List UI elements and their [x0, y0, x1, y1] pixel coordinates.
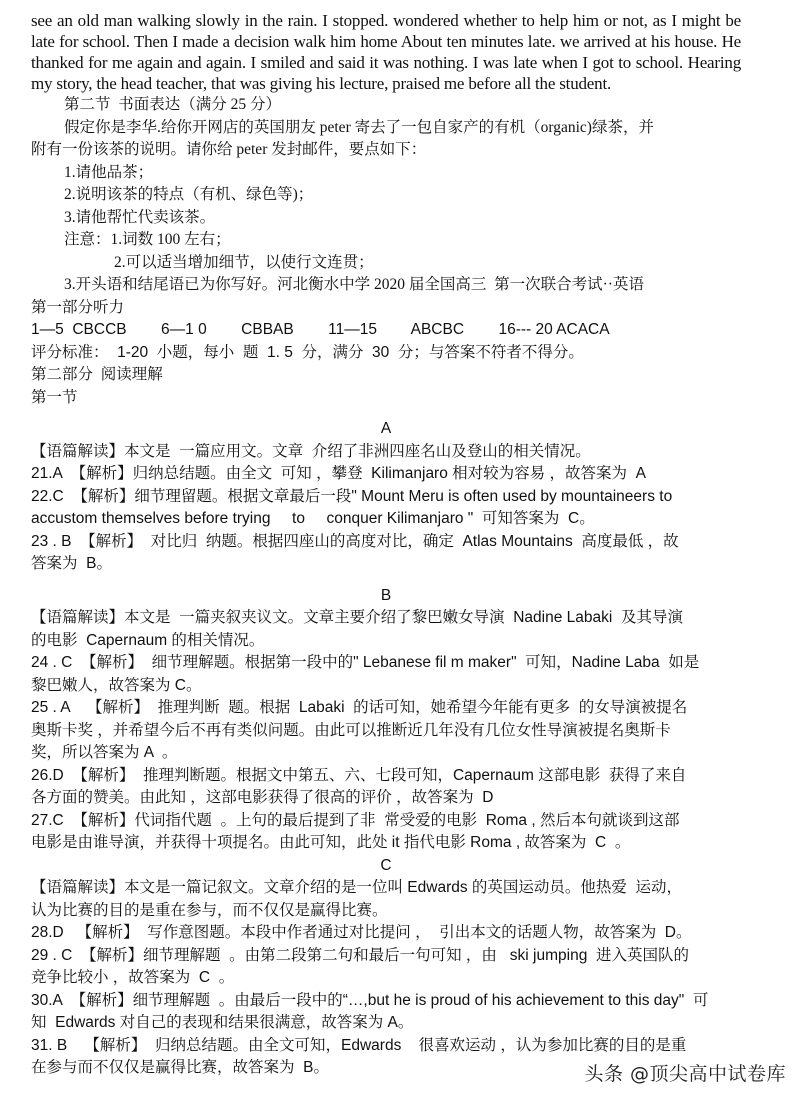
passage-letter: C [31, 855, 741, 878]
prompt-line: 假定你是李华.给你开网店的英国朋友 peter 寄去了一包自家产的有机（orga… [31, 117, 741, 140]
part-title: 第二部分 阅读理解 [31, 364, 741, 387]
passage-line: 23 . B 【解析】 对比归 纳题。根据四座山的高度对比，确定 Atlas M… [31, 531, 741, 554]
note-line: 注意：1.词数 100 左右； [31, 229, 741, 252]
passage-line: 知 Edwards 对自己的表现和结果很满意，故答案为 A。 [31, 1012, 741, 1035]
passage-line: 【语篇解读】本文是 一篇夹叙夹议文。文章主要介绍了黎巴嫩女导演 Nadine L… [31, 607, 741, 630]
task-point: 3.请他帮忙代卖该茶。 [31, 207, 741, 230]
passage-line: accustom themselves before trying to con… [31, 508, 741, 531]
passage-line: 答案为 B。 [31, 553, 741, 576]
passage-line: 竞争比较小 ，故答案为 C 。 [31, 967, 741, 990]
listening-answers: 1—5 CBCCB 6—1 0 CBBAB 11—15 ABCBC 16--- … [31, 319, 741, 342]
passage-line: 31. B 【解析】 归纳总结题。由全文可知，Edwards 很喜欢运动 ，认为… [31, 1035, 741, 1058]
passage-line: 27.C 【解析】代词指代题 。上句的最后提到了非 常受爱的电影 Roma , … [31, 810, 741, 833]
passage-a: A 【语篇解读】本文是 一篇应用文。文章 介绍了非洲四座名山及登山的相关情况。 … [31, 418, 741, 576]
passage-line: 21.A 【解析】归纳总结题。由全文 可知 ，攀登 Kilimanjaro 相对… [31, 463, 741, 486]
note-line: 2.可以适当增加细节，以使行文连贯； [31, 252, 741, 275]
passage-line: 【语篇解读】本文是一篇记叙文。文章介绍的是一位叫 Edwards 的英国运动员。… [31, 877, 741, 900]
scoring-criteria: 评分标准： 1-20 小题，每小 题 1. 5 分，满分 30 分；与答案不符者… [31, 342, 741, 365]
section-title: 第二节 书面表达（满分 25 分） [31, 94, 741, 117]
essay-paragraph: see an old man walking slowly in the rai… [31, 10, 741, 94]
task-point: 2.说明该茶的特点（有机、绿色等)； [31, 184, 741, 207]
passage-line: 奥斯卡奖 ，并希望今后不再有类似问题。由此可以推断近几年没有几位女性导演被提名奥… [31, 720, 741, 743]
document-page: see an old man walking slowly in the rai… [31, 10, 741, 1080]
passage-line: 30.A 【解析】细节理解题 。由最后一段中的“…,but he is prou… [31, 990, 741, 1013]
passage-line: 各方面的赞美。由此知 ，这部电影获得了很高的评价 ，故答案为 D [31, 787, 741, 810]
passage-line: 24 . C 【解析】 细节理解题。根据第一段中的" Lebanese fil … [31, 652, 741, 675]
passage-line: 电影是由谁导演，并获得十项提名。由此可知，此处 it 指代电影 Roma , 故… [31, 832, 741, 855]
passage-line: 22.C 【解析】细节理留题。根据文章最后一段" Mount Meru is o… [31, 486, 741, 509]
passage-letter: B [31, 585, 741, 608]
passage-line: 25 . A 【解析】 推理判断 题。根据 Labaki 的话可知，她希望今年能… [31, 697, 741, 720]
passage-line: 【语篇解读】本文是 一篇应用文。文章 介绍了非洲四座名山及登山的相关情况。 [31, 441, 741, 464]
passage-line: 28.D 【解析】 写作意图题。本段中作者通过对比提问 ， 引出本文的话题人物，… [31, 922, 741, 945]
task-point: 1.请他品茶； [31, 162, 741, 185]
answer-key: 第一部分听力 1—5 CBCCB 6—1 0 CBBAB 11—15 ABCBC… [31, 297, 741, 410]
passage-line: 26.D 【解析】 推理判断题。根据文中第五、六、七段可知，Capernaum … [31, 765, 741, 788]
passage-letter: A [31, 418, 741, 441]
prompt-line: 附有一份该茶的说明。请你给 peter 发封邮件，要点如下： [31, 139, 741, 162]
passage-b: B 【语篇解读】本文是 一篇夹叙夹议文。文章主要介绍了黎巴嫩女导演 Nadine… [31, 585, 741, 855]
passage-line: 奖，所以答案为 A 。 [31, 742, 741, 765]
passage-line: 黎巴嫩人，故答案为 C。 [31, 675, 741, 698]
watermark: 头条 @顶尖高中试卷库 [584, 1059, 786, 1086]
passage-c: C 【语篇解读】本文是一篇记叙文。文章介绍的是一位叫 Edwards 的英国运动… [31, 855, 741, 1080]
passage-line: 的电影 Capernaum 的相关情况。 [31, 630, 741, 653]
note-line: 3.开头语和结尾语已为你写好。河北衡水中学 2020 届全国高三 第一次联合考试… [31, 274, 741, 297]
part-title: 第一部分听力 [31, 297, 741, 320]
writing-task: 第二节 书面表达（满分 25 分） 假定你是李华.给你开网店的英国朋友 pete… [31, 94, 741, 297]
passage-line: 认为比赛的目的是重在参与，而不仅仅是赢得比赛。 [31, 900, 741, 923]
passage-line: 29 . C 【解析】细节理解题 。由第二段第二句和最后一句可知 ，由 ski … [31, 945, 741, 968]
section-title: 第一节 [31, 387, 741, 410]
